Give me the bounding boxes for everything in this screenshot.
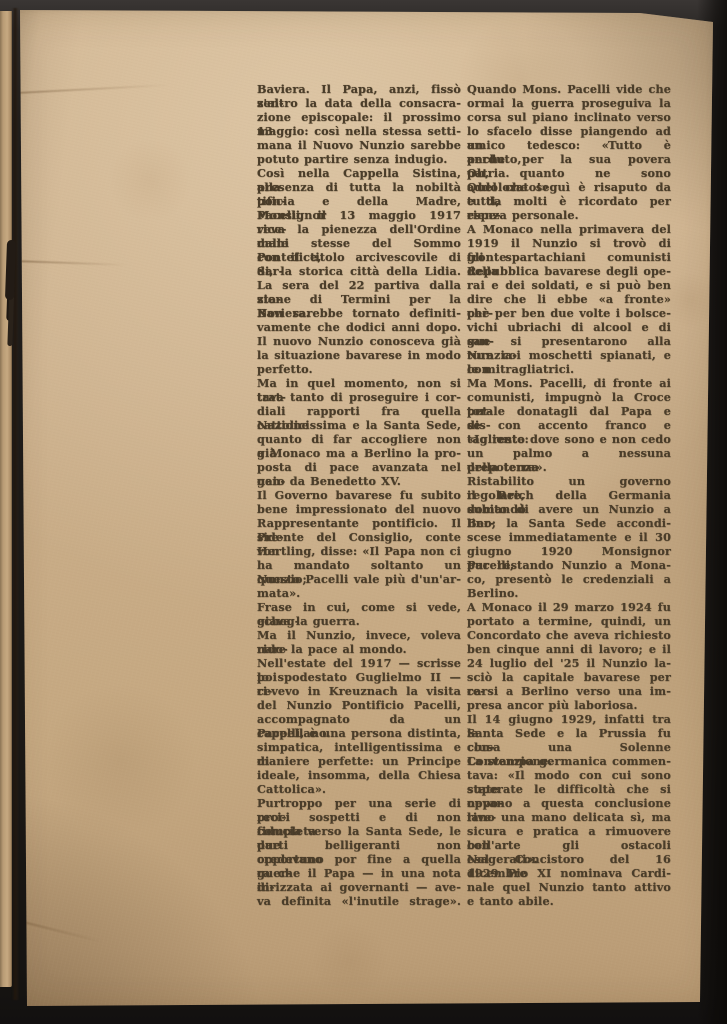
text-line: maniere perfette: un Principe [257, 754, 461, 768]
text-line: pur restando Nunzio a Mona- [467, 558, 671, 572]
text-line: fiducia verso la Santa Sede, le due [257, 824, 461, 838]
text-line: cevevo in Kreuznach la visita [257, 684, 461, 698]
text-line: accompagnato da un cappellano. [257, 712, 461, 726]
text-line: co, presentò le credenziali a [467, 572, 671, 586]
text-line: vichi ubriachi di alcool e di san- [467, 320, 671, 334]
text-line: z'altro la data della consacra- [257, 96, 461, 110]
text-line: ra che il Papa — in una nota in- [257, 866, 461, 880]
text-line: lo sfacelo disse piangendo ad un [467, 124, 671, 138]
text-line: di, la storica città della Lidia. [257, 264, 461, 278]
text-line: Hertling, disse: «Il Papa non ci [257, 544, 461, 558]
text-line: un palmo a nessuna prepotenza [467, 446, 671, 460]
text-block: Baviera. Il Papa, anzi, fissò sen-z'altr… [257, 82, 671, 908]
text-line: con il titolo arcivescovile di Sar- [257, 250, 461, 264]
text-line: Ma in quel momento, non si trat- [257, 376, 461, 390]
text-line: Il Governo bavarese fu subito [257, 488, 461, 502]
text-line: bene impressionato del nuovo [257, 502, 461, 516]
text-line: maggio: così nella stessa setti- [257, 124, 461, 138]
text-line: superate le difficoltà che si oppo- [467, 782, 671, 796]
text-line: Ristabilito un governo regolare, [467, 474, 671, 488]
text-line: scese immediatamente e il 30 [467, 530, 671, 544]
text-line: Oh, quanto ne sono addolorato!» [467, 166, 671, 180]
text-line: sciò la capitale bavarese per re- [467, 670, 671, 684]
text-line: clusa una Solenne Convenzione. [467, 740, 671, 754]
text-line: lino; la Santa Sede accondi- [467, 516, 671, 530]
text-line: simpatica, intelligentissima e di [257, 740, 461, 754]
text-line: tificia e della Madre, Monsignor [257, 194, 461, 208]
text-line: presa ancor più laboriosa. [467, 698, 671, 712]
text-line: «Io resto dove sono e non cedo [467, 432, 671, 446]
text-line: lano una mano delicata sì, ma [467, 810, 671, 824]
text-line: gli spartachiani comunisti della [467, 250, 671, 264]
text-line: dirizzata ai governanti — ave- [257, 880, 461, 894]
paper-crease [16, 260, 126, 266]
previous-page-edge [0, 11, 12, 987]
text-line: giava la guerra. [257, 614, 461, 628]
text-line: gue si presentarono alla Nunzia- [467, 334, 671, 348]
text-line: se con accento franco e tagliente: [467, 418, 671, 432]
text-line: veva la pienezza dell'Ordine dalle [257, 222, 461, 236]
paper-crease [18, 84, 168, 94]
text-line: A Monaco il 29 marzo 1924 fu [467, 600, 671, 614]
text-line: bell'arte gli ostacoli esagerati». [467, 838, 671, 852]
text-line: 24 luglio del '25 il Nunzio la- [467, 656, 671, 670]
text-line: zione episcopale: il prossimo 13 [257, 110, 461, 124]
text-line: nale quel Nunzio tanto attivo [467, 880, 671, 894]
text-line: portato a termine, quindi, un [467, 614, 671, 628]
text-line: tava: «Il modo con cui sono state [467, 768, 671, 782]
text-line: rienza personale. [467, 208, 671, 222]
text-line: mana il Nuovo Nunzio sarebbe [257, 138, 461, 152]
text-line: Nell'estate del 1917 — scrisse poi [257, 656, 461, 670]
text-line: ormai la guerra proseguiva la [467, 96, 671, 110]
text-line: ha mandato soltanto un Nunzio; [257, 558, 461, 572]
text-line: La sera del 22 partiva dalla sta- [257, 278, 461, 292]
text-line: Rappresentante pontificio. Il Pre- [257, 516, 461, 530]
text-line: le mitragliatrici. [467, 362, 671, 376]
binding-gutter-shadow [12, 8, 19, 1000]
paper-crease [15, 919, 103, 943]
text-line: naio da Benedetto XV. [257, 474, 461, 488]
text-line: mata». [257, 586, 461, 600]
text-line: Pacelli, il 13 maggio 1917 rice- [257, 208, 461, 222]
text-line: del Nunzio Pontificio Pacelli, [257, 698, 461, 712]
text-line: La stampa germanica commen- [467, 754, 671, 768]
text-line: presenza di tutta la nobiltà pon- [257, 180, 461, 194]
text-line: Quel che seguì è risaputo da tutti, [467, 180, 671, 194]
text-line: subito di avere un Nunzio a Ber- [467, 502, 671, 516]
text-line: Frase in cui, come si vede, echeg- [257, 600, 461, 614]
text-line: mani stesse del Sommo Pontefice, [257, 236, 461, 250]
text-line: zione di Termini per la Baviera. [257, 292, 461, 306]
text-line: Ma Mons. Pacelli, di fronte ai [467, 376, 671, 390]
text-line: va definita «l'inutile strage». [257, 894, 461, 908]
text-line: lo spodestato Guglielmo II — ri- [257, 670, 461, 684]
text-line: chè per ben due volte i bolsce- [467, 306, 671, 320]
text-line: Così nella Cappella Sistina, alla [257, 166, 461, 180]
text-line: vamente che dodici anni dopo. [257, 320, 461, 334]
text-line: 1919 il Nunzio si trovò di fronte [467, 236, 671, 250]
text-line: quanto di far accogliere non già [257, 432, 461, 446]
text-line: comunisti, impugnò la Croce pet- [467, 390, 671, 404]
text-line: a Monaco ma a Berlino la pro- [257, 446, 461, 460]
text-line: perfetto. [257, 362, 461, 376]
text-line: posta di pace avanzata nel gen- [257, 460, 461, 474]
text-line: Santa Sede e la Prussia fu con- [467, 726, 671, 740]
text-line: della terra». [467, 460, 671, 474]
text-line: Nel Concistoro del 16 dicembre [467, 852, 671, 866]
text-line: Ma il Nunzio, invece, voleva rido- [257, 628, 461, 642]
text-line: potuto partire senza indugio. [257, 152, 461, 166]
text-line: Berlino. [467, 586, 671, 600]
text-column-right: Quando Mons. Pacelli vide cheormai la gu… [467, 82, 671, 908]
text-line: la situazione bavarese in modo [257, 348, 461, 362]
text-line: A Monaco nella primavera del [467, 222, 671, 236]
text-line: tava tanto di proseguire i cor- [257, 390, 461, 404]
text-line: anche per la sua povera patria. [467, 152, 671, 166]
text-line: Baviera. Il Papa, anzi, fissò sen- [257, 82, 461, 96]
text-line: Purtroppo per una serie di reci- [257, 796, 461, 810]
text-line: 1929 Pio XI nominava Cardi- [467, 866, 671, 880]
text-line: carsi a Berlino verso una im- [467, 684, 671, 698]
text-line: parti belligeranti non credevano [257, 838, 461, 852]
text-line: Cattolica». [257, 782, 461, 796]
text-line: il Reich della Germania domandò [467, 488, 671, 502]
text-column-left: Baviera. Il Papa, anzi, fissò sen-z'altr… [257, 82, 461, 908]
text-line: rai e dei soldati, e si può ben [467, 278, 671, 292]
text-line: amico tedesco: «Tutto è perduto, [467, 138, 671, 152]
text-line: nevano a questa conclusione rive- [467, 796, 671, 810]
text-line: torale donatagli dal Papa e dis- [467, 404, 671, 418]
text-line: Il 14 giugno 1929, infatti tra la [467, 712, 671, 726]
text-line: e tanto abile. [467, 894, 671, 908]
text-line: Repubblica bavarese degli ope- [467, 264, 671, 278]
text-line: Pacelli, è una persona distinta, [257, 726, 461, 740]
text-line: Il nuovo Nunzio conosceva già [257, 334, 461, 348]
text-line: e da molti è ricordato per espe- [467, 194, 671, 208]
text-line: sidente del Consiglio, conte von [257, 530, 461, 544]
book-page: Baviera. Il Papa, anzi, fissò sen-z'altr… [0, 0, 727, 1024]
text-line: Concordato che aveva richiesto [467, 628, 671, 642]
text-line: ideale, insomma, della Chiesa [257, 768, 461, 782]
text-line: ben cinque anni di lavoro; e il [467, 642, 671, 656]
text-line: sicura e pratica a rimuovere con [467, 824, 671, 838]
text-line: diali rapporti fra quella Nazione [257, 404, 461, 418]
text-line: cattolicissima e la Santa Sede, [257, 418, 461, 432]
text-line: proci sospetti e di non completa [257, 810, 461, 824]
scanned-book-photo: Baviera. Il Papa, anzi, fissò sen-z'altr… [0, 0, 727, 1024]
text-line: giugno 1920 Monsignor Pacelli, [467, 544, 671, 558]
text-line: Quando Mons. Pacelli vide che [467, 82, 671, 96]
text-line: opportuno por fine a quella guer- [257, 852, 461, 866]
text-line: corsa sul piano inclinato verso [467, 110, 671, 124]
text-line: tura coi moschetti spianati, e con [467, 348, 671, 362]
text-line: dire che li ebbe «a fronte» per- [467, 292, 671, 306]
text-line: questo Pacelli vale più d'un'ar- [257, 572, 461, 586]
text-line: Non sarebbe tornato definiti- [257, 306, 461, 320]
text-line: nare la pace al mondo. [257, 642, 461, 656]
